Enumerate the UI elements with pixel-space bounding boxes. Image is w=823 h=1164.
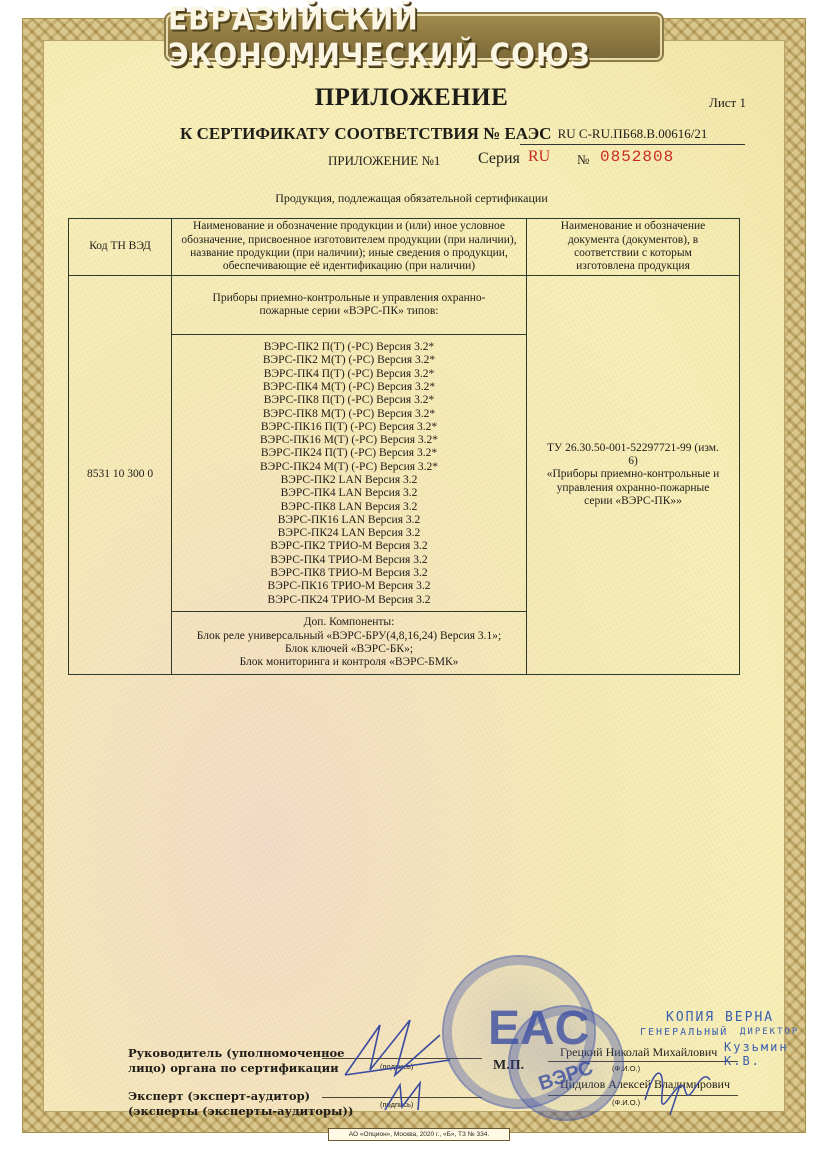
- model-item: ВЭРС-ПК2 М(Т) (-РС) Версия 3.2*: [176, 354, 522, 367]
- standard-title: «Приборы приемно-контрольные и управлени…: [543, 468, 723, 508]
- model-item: ВЭРС-ПК24 LAN Версия 3.2: [176, 527, 522, 540]
- component-item: Блок мониторинга и контроля «ВЭРС-БМК»: [176, 656, 522, 669]
- expert-name-caption: (Ф.И.О.): [612, 1098, 640, 1107]
- model-item: ВЭРС-ПК8 М(Т) (-РС) Версия 3.2*: [176, 408, 522, 421]
- model-item: ВЭРС-ПК16 П(Т) (-РС) Версия 3.2*: [176, 421, 522, 434]
- model-item: ВЭРС-ПК8 ТРИО-М Версия 3.2: [176, 567, 522, 580]
- products-heading: Продукция, подлежащая обязательной серти…: [0, 191, 823, 206]
- company-seal-icon: ВЭРС: [508, 1005, 624, 1121]
- annex-number: ПРИЛОЖЕНИЕ №1: [328, 153, 440, 169]
- product-intro: Приборы приемно-контрольные и управления…: [172, 276, 527, 335]
- union-banner: ЕВРАЗИЙСКИЙ ЭКОНОМИЧЕСКИЙ СОЮЗ: [166, 14, 662, 60]
- table-header-row: Код ТН ВЭД Наименование и обозначение пр…: [69, 219, 740, 276]
- model-item: ВЭРС-ПК16 М(Т) (-РС) Версия 3.2*: [176, 434, 522, 447]
- copy-stamp-line-2: ГЕНЕРАЛЬНЫЙ: [640, 1027, 728, 1038]
- header-hs-code: Код ТН ВЭД: [69, 219, 172, 276]
- head-label-line-1: Руководитель (уполномоченное: [128, 1046, 345, 1061]
- model-item: ВЭРС-ПК8 П(Т) (-РС) Версия 3.2*: [176, 394, 522, 407]
- series-value: RU: [528, 148, 550, 166]
- component-item: Доп. Компоненты:: [176, 616, 522, 629]
- model-item: ВЭРС-ПК16 ТРИО-М Версия 3.2: [176, 580, 522, 593]
- header-product-name: Наименование и обозначение продукции и (…: [172, 219, 527, 276]
- model-item: ВЭРС-ПК24 М(Т) (-РС) Версия 3.2*: [176, 461, 522, 474]
- model-item: ВЭРС-ПК24 П(Т) (-РС) Версия 3.2*: [176, 447, 522, 460]
- standard-code: ТУ 26.30.50-001-52297721-99 (изм. 6): [543, 442, 723, 469]
- form-number: 0852808: [600, 148, 674, 166]
- certificate-number: RU С-RU.ПБ68.В.00616/21: [520, 126, 745, 145]
- model-item: ВЭРС-ПК4 П(Т) (-РС) Версия 3.2*: [176, 368, 522, 381]
- model-item: ВЭРС-ПК4 LAN Версия 3.2: [176, 487, 522, 500]
- model-item: ВЭРС-ПК4 М(Т) (-РС) Версия 3.2*: [176, 381, 522, 394]
- head-label: Руководитель (уполномоченное лицо) орган…: [128, 1046, 345, 1076]
- sheet-number: Лист 1: [709, 95, 746, 111]
- model-item: ВЭРС-ПК2 LAN Версия 3.2: [176, 474, 522, 487]
- expert-label-line-2: (эксперты (эксперты-аудиторы)): [128, 1104, 353, 1119]
- printer-note: АО «Опцион», Москва, 2020 г., «Б», ТЗ № …: [328, 1128, 510, 1141]
- model-item: ВЭРС-ПК8 LAN Версия 3.2: [176, 501, 522, 514]
- expert-label-line-1: Эксперт (эксперт-аудитор): [128, 1089, 353, 1104]
- company-seal-logo-icon: ВЭРС: [536, 1057, 596, 1096]
- products-table: Код ТН ВЭД Наименование и обозначение пр…: [68, 218, 740, 675]
- model-item: ВЭРС-ПК2 ТРИО-М Версия 3.2: [176, 540, 522, 553]
- model-list: ВЭРС-ПК2 П(Т) (-РС) Версия 3.2*ВЭРС-ПК2 …: [172, 335, 527, 612]
- expert-label: Эксперт (эксперт-аудитор) (эксперты (экс…: [128, 1089, 353, 1119]
- model-item: ВЭРС-ПК16 LAN Версия 3.2: [176, 514, 522, 527]
- series-label: Серия: [478, 150, 520, 168]
- copy-stamp-line-3: ДИРЕКТОР: [740, 1027, 799, 1037]
- form-number-label: №: [577, 152, 589, 168]
- header-standard-document: Наименование и обозначение документа (до…: [527, 219, 740, 276]
- component-item: Блок ключей «ВЭРС-БК»;: [176, 643, 522, 656]
- certificate-label: К СЕРТИФИКАТУ СООТВЕТСТВИЯ № ЕАЭС: [180, 124, 551, 144]
- copy-stamp-line-4: Кузьмин К.В.: [724, 1040, 823, 1068]
- copy-stamp-line-1: КОПИЯ ВЕРНА: [666, 1010, 774, 1025]
- model-item: ВЭРС-ПК4 ТРИО-М Версия 3.2: [176, 554, 522, 567]
- standard-document-cell: ТУ 26.30.50-001-52297721-99 (изм. 6) «Пр…: [527, 276, 740, 675]
- head-label-line-2: лицо) органа по сертификации: [128, 1061, 345, 1076]
- hs-code-cell: 8531 10 300 0: [69, 276, 172, 675]
- document-title: ПРИЛОЖЕНИЕ: [0, 84, 823, 112]
- union-banner-text: ЕВРАЗИЙСКИЙ ЭКОНОМИЧЕСКИЙ СОЮЗ: [168, 1, 660, 74]
- table-row: 8531 10 300 0 Приборы приемно-контрольны…: [69, 276, 740, 335]
- component-item: Блок реле универсальный «ВЭРС-БРУ(4,8,16…: [176, 630, 522, 643]
- model-item: ВЭРС-ПК2 П(Т) (-РС) Версия 3.2*: [176, 341, 522, 354]
- model-item: ВЭРС-ПК24 ТРИО-М Версия 3.2: [176, 594, 522, 607]
- additional-components: Доп. Компоненты:Блок реле универсальный …: [172, 612, 527, 675]
- expert-signature-icon: [640, 1060, 720, 1120]
